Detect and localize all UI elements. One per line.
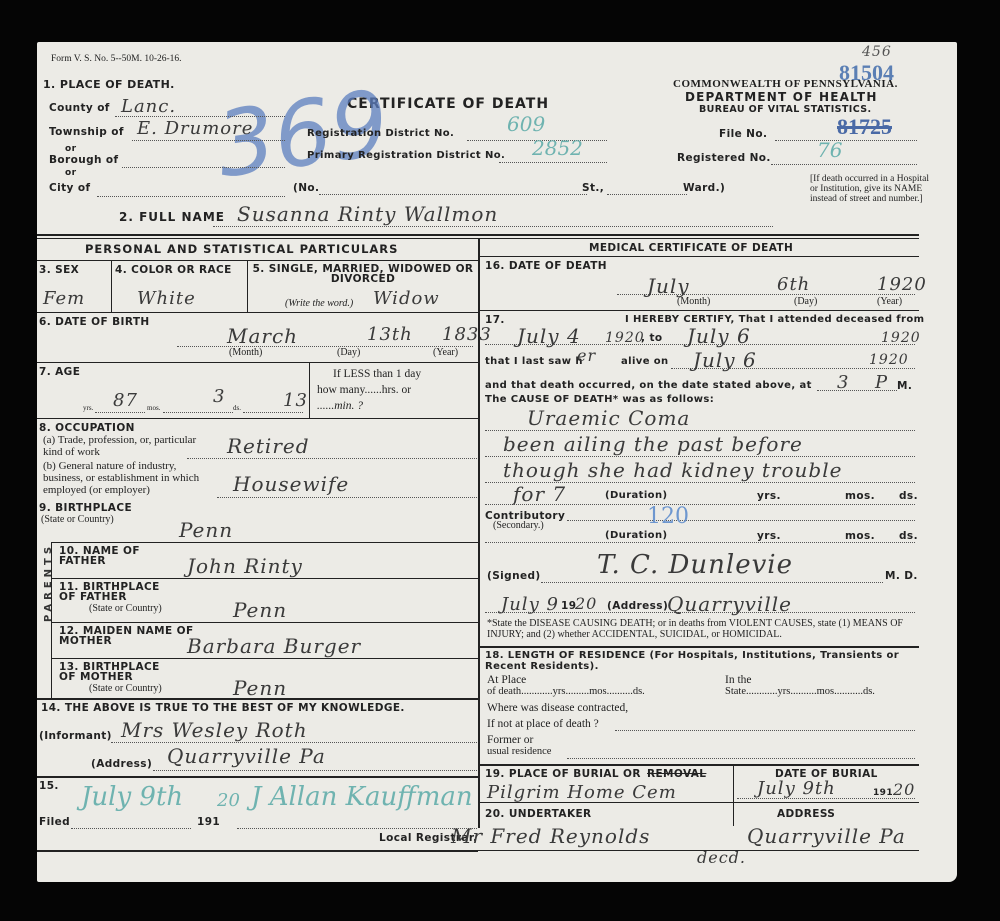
undertaker-label: 20. UNDERTAKER (485, 808, 592, 820)
dob-month: March (227, 324, 298, 348)
street-label: St., (582, 182, 604, 194)
dob-year: 1833 (442, 324, 492, 345)
occupation-b-value: Housewife (233, 472, 349, 496)
file-no-label: File No. (719, 128, 767, 140)
duration-ds: ds. (899, 490, 918, 502)
filed-section-number: 15. (39, 780, 59, 792)
burial-place-label: 19. PLACE OF BURIAL OR (485, 768, 641, 780)
county-value: Lanc. (121, 96, 176, 117)
burial-year-prefix: 191 (873, 788, 893, 798)
township-label: Township of (49, 126, 124, 138)
age-label: 7. AGE (39, 366, 80, 378)
informant-value: Mrs Wesley Roth (121, 718, 308, 742)
informant-address-value: Quarryville Pa (167, 744, 326, 768)
dod-year-caption: (Year) (877, 296, 902, 307)
township-value: E. Drumore (137, 118, 253, 139)
father-birthplace-hint: (State or Country) (89, 603, 162, 614)
yrs-label: yrs. (83, 404, 93, 412)
physician-address-label: (Address) (607, 600, 668, 612)
year-caption: (Year) (433, 347, 458, 358)
registration-district-value: 609 (507, 112, 545, 136)
if-not-label: If not at place of death ? (487, 718, 599, 730)
mother-birthplace-label: 13. BIRTHPLACE OF MOTHER (59, 662, 179, 682)
usual-residence-label: usual residence (487, 746, 551, 757)
alive-on-label: alive on (621, 356, 669, 367)
dod-year: 1920 (877, 274, 927, 295)
removal-struck-label: REMOVAL (647, 768, 706, 780)
contributory-code: 120 (647, 504, 689, 529)
informant-label: (Informant) (39, 730, 112, 742)
day-caption: (Day) (337, 347, 360, 358)
signed-date: July 9 (501, 594, 559, 615)
duration-yrs: yrs. (757, 490, 781, 502)
occupation-a-text: (a) Trade, profession, or, particular ki… (43, 434, 215, 458)
or-label: or (65, 144, 76, 154)
dob-label: 6. DATE OF BIRTH (39, 316, 150, 328)
death-occurred-text: and that death occurred, on the date sta… (485, 380, 812, 391)
struck-file-number: 81725 (837, 114, 892, 140)
former-label: Former or (487, 734, 533, 746)
primary-registration-label: Primary Registration District No. (307, 150, 505, 161)
ds-label: ds. (233, 404, 241, 412)
informant-heading: 14. THE ABOVE IS TRUE TO THE BEST OF MY … (41, 702, 405, 714)
sex-label: 3. SEX (39, 264, 79, 276)
last-saw-date: July 6 (693, 348, 757, 372)
age-months: 3 (213, 386, 225, 407)
birthplace-value: Penn (179, 518, 233, 542)
death-ampm: P (875, 372, 888, 393)
undertaker-address-label: ADDRESS (777, 808, 835, 820)
duration-label: (Duration) (605, 490, 667, 501)
place-of-death-heading: 1. PLACE OF DEATH. (43, 78, 175, 91)
department-heading: DEPARTMENT OF HEALTH (685, 90, 878, 104)
age-days: 13 (283, 390, 308, 411)
local-registrar-signature: J Allan Kauffman (251, 782, 473, 812)
dob-day: 13th (367, 324, 413, 345)
duration-mos: mos. (845, 490, 875, 502)
month-caption: (Month) (229, 347, 262, 358)
race-label: 4. COLOR OR RACE (115, 264, 232, 276)
cause-line-2: been ailing the past before (503, 432, 803, 456)
certify-text: I HEREBY CERTIFY, That I attended deceas… (625, 314, 924, 325)
marital-value: Widow (373, 288, 440, 309)
attended-to: July 6 (687, 324, 751, 348)
county-label: County of (49, 102, 110, 114)
death-time: 3 (837, 372, 849, 393)
residence-label: 18. LENGTH OF RESIDENCE (For Hospitals, … (485, 650, 915, 672)
dod-label: 16. DATE OF DEATH (485, 260, 607, 272)
registered-no-value: 76 (817, 138, 842, 162)
burial-place-value: Pilgrim Home Cem (487, 782, 677, 803)
marital-hint: (Write the word.) (285, 298, 353, 309)
death-certificate: Form V. S. No. 5--50M. 10-26-16. 1. PLAC… (37, 42, 957, 882)
attended-from: July 4 (517, 324, 581, 348)
filed-year-prefix: 191 (197, 816, 220, 828)
dod-day: 6th (777, 274, 810, 295)
dod-day-caption: (Day) (794, 296, 817, 307)
less-than-day-text: If LESS than 1 day (333, 368, 421, 380)
street-no-label: (No. (293, 182, 319, 194)
filed-year-value: 20 (217, 790, 240, 811)
mother-name-label: 12. MAIDEN NAME OF MOTHER (59, 626, 199, 646)
mother-birthplace-hint: (State or Country) (89, 683, 162, 694)
duration-ds-2: ds. (899, 530, 918, 542)
full-name-label: 2. FULL NAME (119, 210, 225, 224)
attended-to-year: 1920 (881, 330, 921, 346)
form-number: Form V. S. No. 5--50M. 10-26-16. (51, 54, 182, 64)
to-label: , to (641, 332, 662, 344)
occupation-label: 8. OCCUPATION (39, 422, 135, 434)
duration-mos-2: mos. (845, 530, 875, 542)
attended-from-year: 1920 (605, 330, 645, 346)
duration-yrs-2: yrs. (757, 530, 781, 542)
birthplace-label: 9. BIRTHPLACE (39, 502, 132, 514)
father-birthplace-value: Penn (233, 598, 287, 622)
filed-label: Filed (39, 816, 70, 828)
undertaker-value: Mr Fred Reynolds (451, 824, 650, 848)
death-m-label: M. (897, 380, 912, 392)
file-stamp-note: 456 (862, 44, 892, 60)
of-death-label: of death............yrs.........mos.....… (487, 686, 645, 697)
filed-date-value: July 9th (81, 782, 183, 812)
informant-address-label: (Address) (91, 758, 152, 770)
state-label: State............yrs..........mos.......… (725, 686, 875, 697)
personal-header: PERSONAL AND STATISTICAL PARTICULARS (85, 242, 398, 256)
registration-district-label: Registration District No. (307, 128, 454, 139)
burial-date-value: July 9th (757, 778, 836, 799)
ward-label: Ward.) (683, 182, 725, 194)
signed-label: (Signed) (487, 570, 541, 582)
marital-label: 5. SINGLE, MARRIED, WIDOWED OR DIVORCED (251, 264, 475, 284)
mother-birthplace-value: Penn (233, 676, 287, 700)
registered-no-label: Registered No. (677, 152, 771, 164)
physician-address-value: Quarryville (667, 592, 792, 616)
physician-signature: T. C. Dunlevie (597, 550, 793, 580)
cause-footnote: *State the DISEASE CAUSING DEATH; or in … (487, 618, 917, 640)
age-years: 87 (113, 390, 138, 411)
father-birthplace-label: 11. BIRTHPLACE OF FATHER (59, 582, 179, 602)
cause-line-1: Uraemic Coma (527, 406, 690, 430)
cause-line-3: though she had kidney trouble (503, 458, 842, 482)
cause-label: The CAUSE OF DEATH* was as follows: (485, 394, 714, 405)
undertaker-address-value: Quarryville Pa (747, 824, 906, 848)
sex-value: Fem (43, 288, 85, 309)
how-many-text: how many......hrs. or (317, 384, 411, 396)
or-label: or (65, 168, 76, 178)
occupation-a-value: Retired (227, 434, 310, 458)
mother-name-value: Barbara Burger (187, 634, 361, 658)
burial-year-value: 20 (893, 780, 915, 799)
dod-month-caption: (Month) (677, 296, 710, 307)
race-value: White (137, 288, 196, 309)
file-stamp-number: 81504 (839, 60, 894, 86)
at-place-label: At Place (487, 674, 526, 686)
where-contracted-label: Where was disease contracted, (487, 702, 628, 714)
min-text: ......min. ? (317, 400, 363, 412)
last-saw-year: 1920 (869, 352, 909, 368)
last-saw-pronoun: er (577, 346, 596, 365)
father-name-value: John Rinty (187, 554, 303, 578)
birthplace-hint: (State or Country) (41, 514, 114, 525)
hospital-note: [If death occurred in a Hospital or Inst… (810, 174, 930, 204)
borough-label: Borough of (49, 154, 119, 166)
dod-month: July (647, 274, 690, 298)
md-label: M. D. (885, 570, 918, 582)
mos-label: mos. (147, 404, 160, 412)
duration-label-2: (Duration) (605, 530, 667, 541)
in-the-label: In the (725, 674, 752, 686)
occupation-b-text: (b) General nature of industry, business… (43, 460, 217, 496)
secondary-label: (Secondary.) (493, 520, 544, 531)
parents-side-label: PARENTS (43, 543, 54, 622)
medical-header: MEDICAL CERTIFICATE OF DEATH (589, 242, 793, 254)
primary-registration-value: 2852 (532, 136, 583, 160)
full-name-value: Susanna Rinty Wallmon (237, 202, 498, 226)
last-saw-text: that I last saw h (485, 356, 583, 367)
signed-year: 20 (575, 594, 597, 613)
cause-line-4: for 7 (513, 482, 566, 506)
father-name-label: 10. NAME OF FATHER (59, 546, 159, 566)
certify-number: 17. (485, 314, 505, 326)
city-label: City of (49, 182, 90, 194)
